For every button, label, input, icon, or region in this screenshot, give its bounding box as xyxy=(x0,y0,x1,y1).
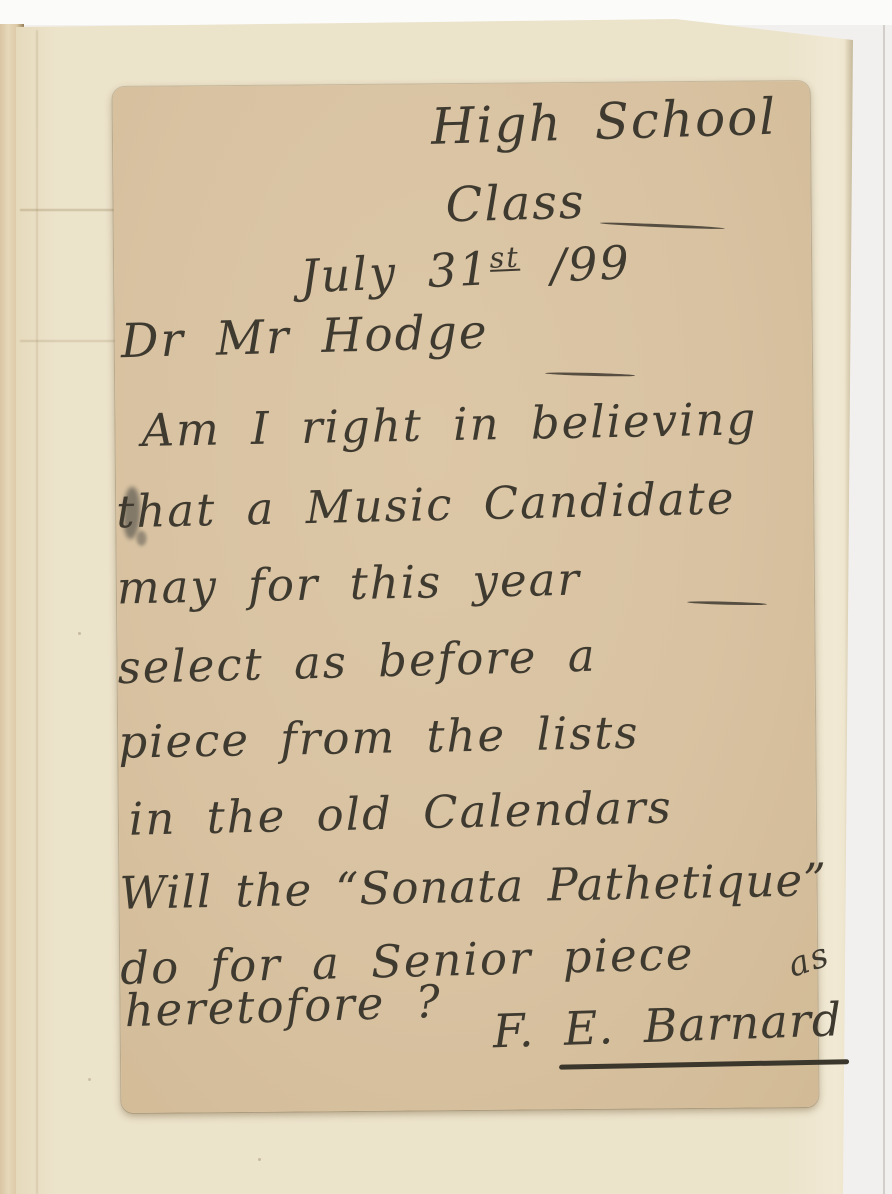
pen-flourish xyxy=(600,222,725,230)
date-ordinal-superscript: st xyxy=(489,241,521,275)
letter-body-line: may for this year xyxy=(116,557,581,611)
scanner-edge-line xyxy=(883,0,885,1194)
letter-card: High School Class July 31st /99 Dr Mr Ho… xyxy=(113,81,819,1113)
letter-body-line: in the old Calendars xyxy=(128,784,673,841)
date-main: July 31 xyxy=(299,241,491,303)
letter-body-line: heretofore ? xyxy=(124,979,442,1033)
letter-heading-line1: High School xyxy=(430,92,778,152)
page-crease xyxy=(20,209,118,211)
dust-speck xyxy=(258,1158,261,1161)
page-crease xyxy=(20,340,116,342)
signature-underline xyxy=(559,1059,849,1070)
page-fold-crease xyxy=(36,30,38,1194)
pen-flourish xyxy=(687,601,767,606)
letter-body-line: Am I right in believing xyxy=(141,396,758,453)
letter-body-line: piece from the lists xyxy=(118,710,640,765)
pen-flourish xyxy=(545,372,635,377)
letter-salutation: Dr Mr Hodge xyxy=(120,309,489,366)
letter-body-line: Will the “Sonata Pathetique” xyxy=(119,857,827,916)
letter-body-line: that a Music Candidate xyxy=(116,475,736,534)
dust-speck xyxy=(88,1078,91,1081)
scanned-letter-page: High School Class July 31st /99 Dr Mr Ho… xyxy=(0,0,892,1194)
letter-signature: F. E. Barnard xyxy=(492,996,843,1054)
letter-heading-line2: Class xyxy=(445,178,586,230)
dust-speck xyxy=(78,632,81,635)
letter-body-line: select as before a xyxy=(117,633,597,691)
scanner-top-strip xyxy=(0,0,892,25)
letter-date: July 31st /99 xyxy=(299,239,631,300)
date-year: /99 xyxy=(550,235,632,292)
